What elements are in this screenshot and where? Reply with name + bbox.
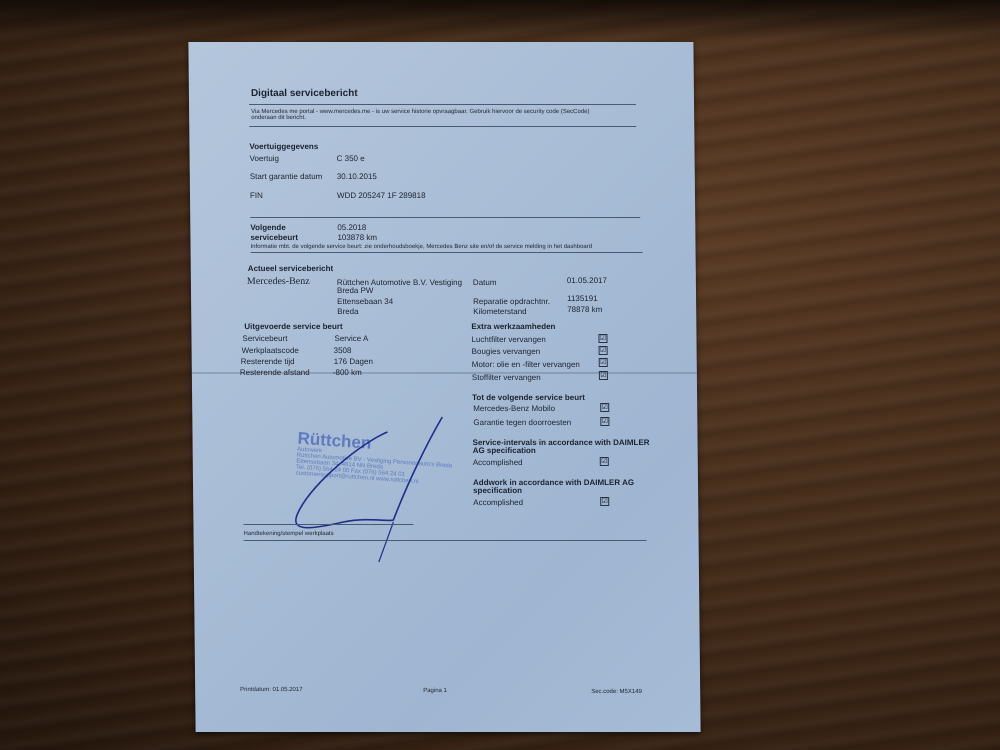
print-date: Printdatum: 01.05.2017	[240, 687, 302, 693]
signature-label: Handtekening/stempel werkplaats	[244, 531, 334, 537]
service-document: Digitaal servicebericht Via Mercedes me …	[188, 42, 700, 732]
table-shadow	[0, 0, 1000, 40]
security-code: Sec.code: M5X149	[591, 689, 642, 695]
signature	[188, 42, 700, 732]
page-number: Pagina 1	[423, 688, 447, 694]
signature-line	[243, 524, 413, 525]
divider	[244, 540, 647, 541]
